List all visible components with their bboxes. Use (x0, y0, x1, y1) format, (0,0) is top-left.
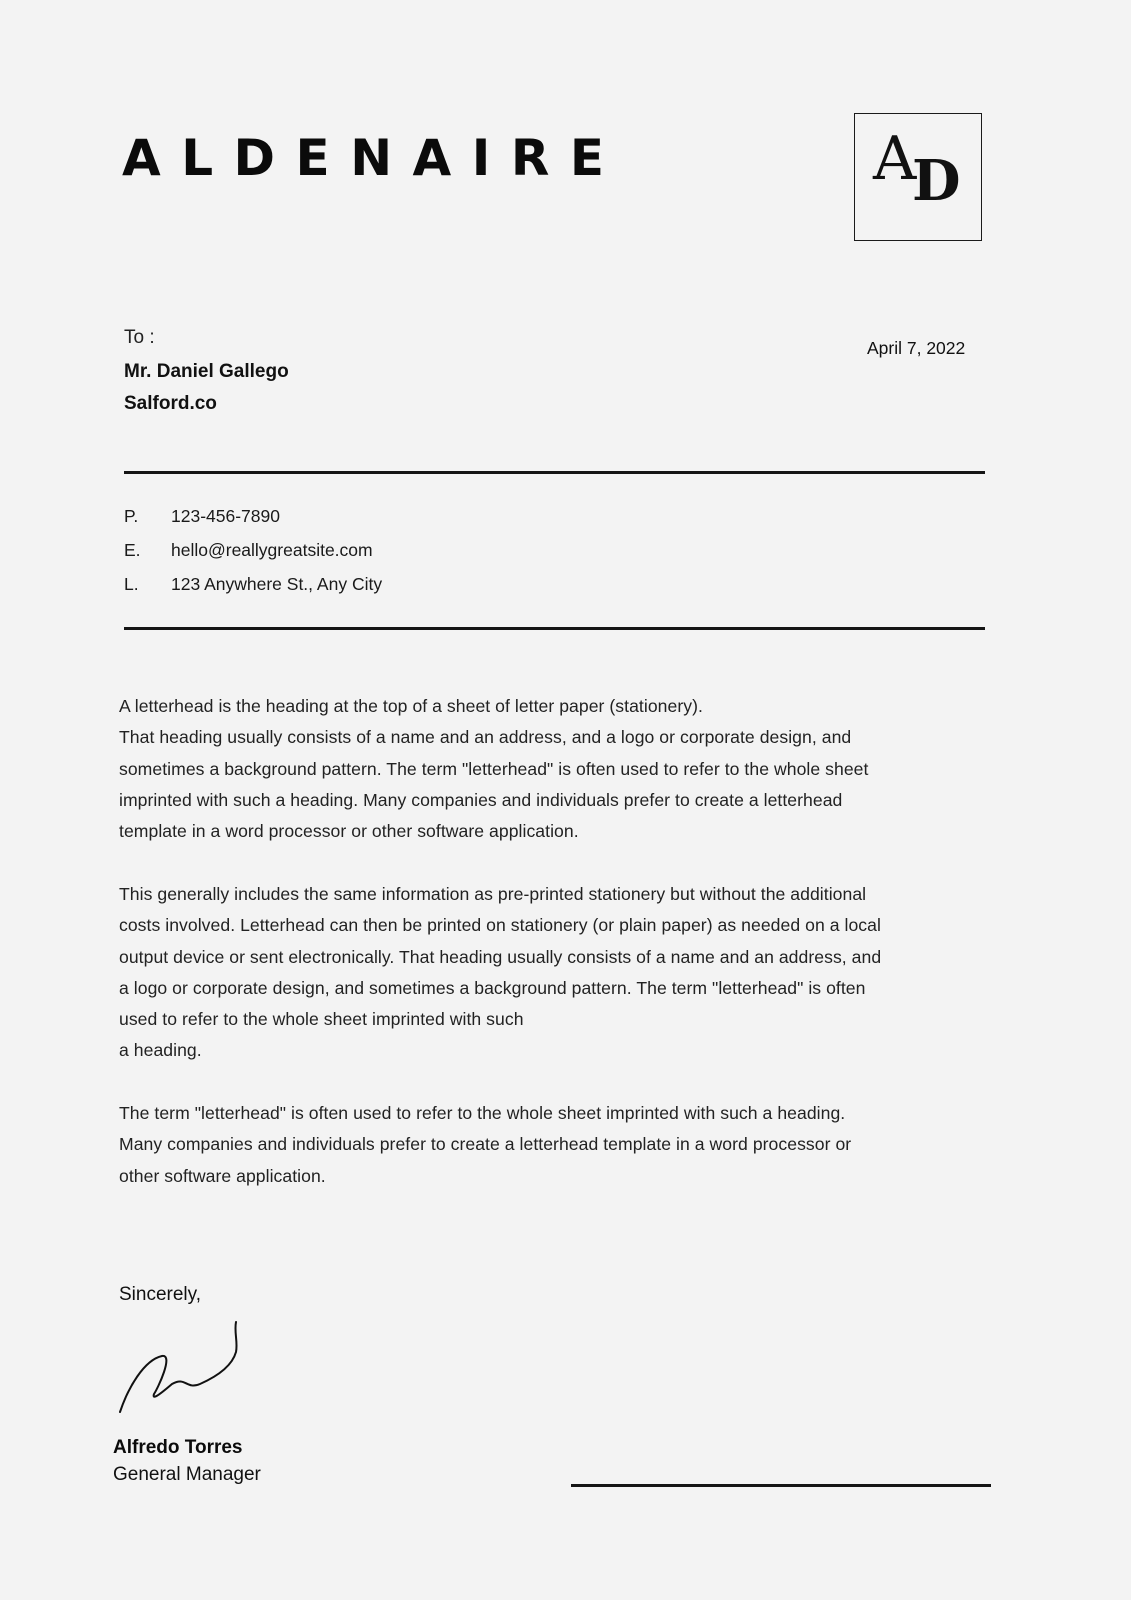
signer-name: Alfredo Torres (113, 1436, 243, 1460)
monogram-logo: A D (854, 113, 982, 241)
paragraph-line: The term "letterhead" is often used to r… (119, 1098, 999, 1129)
phone-value: 123-456-7890 (171, 506, 280, 526)
email-value: hello@reallygreatsite.com (171, 540, 373, 560)
paragraph-line: Many companies and individuals prefer to… (119, 1129, 999, 1160)
recipient-label: To : (124, 326, 155, 350)
paragraph-line: a logo or corporate design, and sometime… (119, 973, 999, 1004)
paragraph-line: A letterhead is the heading at the top o… (119, 691, 999, 722)
email-label: E. (124, 539, 171, 561)
paragraph-line: other software application. (119, 1161, 999, 1192)
paragraph-line: imprinted with such a heading. Many comp… (119, 785, 999, 816)
recipient-name: Mr. Daniel Gallego (124, 360, 289, 384)
paragraph-line: sometimes a background pattern. The term… (119, 754, 999, 785)
monogram-letter-a: A (873, 124, 916, 194)
body-paragraph: A letterhead is the heading at the top o… (119, 691, 999, 847)
paragraph-line: template in a word processor or other so… (119, 816, 999, 847)
location-value: 123 Anywhere St., Any City (171, 574, 382, 594)
contact-email: E.hello@reallygreatsite.com (124, 539, 373, 561)
contact-phone: P.123-456-7890 (124, 505, 280, 527)
signature-icon (114, 1318, 244, 1414)
signature-line (571, 1484, 991, 1487)
monogram-letter-d: D (912, 148, 961, 214)
location-label: L. (124, 573, 171, 595)
paragraph-line: costs involved. Letterhead can then be p… (119, 910, 999, 941)
paragraph-line: a heading. (119, 1035, 999, 1066)
divider-bottom (124, 627, 985, 630)
paragraph-line: used to refer to the whole sheet imprint… (119, 1004, 999, 1035)
body-paragraph: The term "letterhead" is often used to r… (119, 1098, 999, 1192)
paragraph-line: output device or sent electronically. Th… (119, 942, 999, 973)
paragraph-line: This generally includes the same informa… (119, 879, 999, 910)
company-brand-name: ALDENAIRE (122, 128, 625, 188)
signer-title: General Manager (113, 1463, 261, 1487)
letter-date: April 7, 2022 (867, 337, 965, 359)
contact-location: L.123 Anywhere St., Any City (124, 573, 382, 595)
body-paragraph: This generally includes the same informa… (119, 879, 999, 1067)
phone-label: P. (124, 505, 171, 527)
divider-top (124, 471, 985, 474)
paragraph-line: That heading usually consists of a name … (119, 722, 999, 753)
closing-salutation: Sincerely, (119, 1283, 201, 1307)
recipient-company: Salford.co (124, 392, 217, 416)
